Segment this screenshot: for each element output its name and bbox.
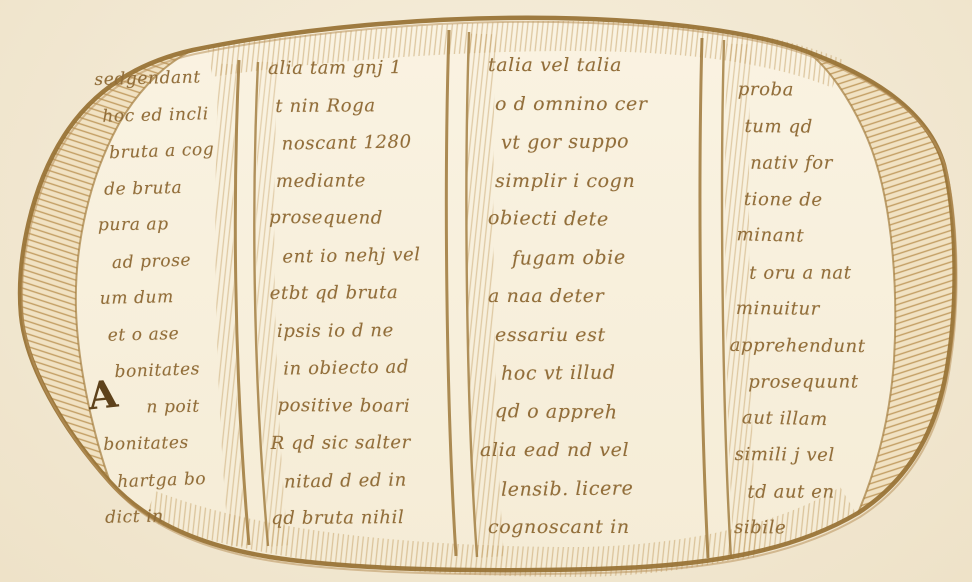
text-column-1: sedgendanthoc ed inclibruta a cogde brut… — [94, 59, 224, 536]
manuscript-text-line: talia vel talia — [488, 46, 648, 85]
manuscript-text-line: simili j vel — [734, 437, 864, 475]
initial-letter-A: A — [86, 375, 119, 416]
manuscript-text-line: bruta a cog — [109, 132, 215, 172]
manuscript-text-line: obiecti dete — [488, 199, 648, 239]
manuscript-text-line: apprehendunt — [729, 327, 865, 365]
manuscript-text-line: hoc ed incli — [102, 96, 214, 135]
manuscript-text-line: sibile — [734, 510, 864, 548]
manuscript-text-line: in obiecto ad — [283, 348, 422, 388]
manuscript-text-line: noscant 1280 — [281, 123, 420, 163]
manuscript-text-line: qd bruta nihil — [271, 499, 422, 538]
text-column-3: talia vel taliao d omnino cervt gor supp… — [488, 46, 648, 547]
manuscript-text-line: essariu est — [495, 316, 648, 355]
manuscript-text-line: minuitur — [736, 291, 866, 329]
manuscript-page: sedgendanthoc ed inclibruta a cogde brut… — [0, 0, 972, 582]
manuscript-text-line: prosequend — [269, 199, 420, 237]
manuscript-text-line: de bruta — [104, 169, 216, 208]
manuscript-text-line: um dum — [99, 278, 218, 317]
manuscript-text-line: sedgendant — [94, 59, 213, 98]
manuscript-text-line: positive boari — [277, 387, 421, 425]
manuscript-text-line: ent io nehj vel — [282, 236, 421, 276]
manuscript-text-line: mediante — [276, 161, 420, 200]
manuscript-text-line: fugam obie — [512, 238, 648, 278]
manuscript-text-line: bonitates — [114, 350, 220, 390]
manuscript-text-line: nitad d ed in — [284, 461, 423, 501]
manuscript-text-line: pura ap — [98, 206, 217, 244]
manuscript-text-line: minant — [736, 217, 867, 256]
manuscript-text-line: qd o appreh — [495, 392, 648, 432]
manuscript-text-line: nativ for — [750, 146, 867, 183]
manuscript-text-line: R qd sic salter — [271, 424, 422, 463]
manuscript-text-line: t nin Roga — [275, 86, 419, 125]
manuscript-text-line: td aut en — [747, 474, 864, 511]
manuscript-text-line: prosequunt — [748, 365, 865, 402]
manuscript-text-line: et o ase — [107, 315, 219, 354]
manuscript-text-line: ad prose — [111, 241, 217, 281]
text-column-4: probatum qdnativ fortione deminantt oru … — [734, 72, 868, 548]
manuscript-text-line: alia ead nd vel — [480, 431, 648, 470]
manuscript-text-line: alia tam gnj 1 — [268, 49, 419, 88]
manuscript-text-line: o d omnino cer — [495, 85, 648, 124]
manuscript-text-line: ipsis io d ne — [277, 311, 421, 350]
manuscript-text-line: aut illam — [742, 400, 866, 439]
manuscript-text-line: t oru a nat — [749, 255, 866, 292]
manuscript-text-line: a naa deter — [488, 277, 648, 316]
manuscript-text-line: vt gor suppo — [501, 122, 648, 162]
manuscript-text-line: etbt qd bruta — [270, 274, 421, 313]
manuscript-text-line: lensib. licere — [501, 469, 648, 509]
manuscript-text-line: dict in — [105, 497, 224, 536]
manuscript-text-line: tum qd — [744, 109, 867, 147]
manuscript-text-line: cognoscant in — [488, 508, 648, 547]
text-column-2: alia tam gnj 1t nin Roganoscant 1280medi… — [268, 49, 423, 538]
manuscript-text-line: simplir i cogn — [495, 162, 648, 201]
manuscript-text-line: tione de — [744, 182, 867, 220]
manuscript-text-line: n poit — [146, 388, 221, 425]
manuscript-text-line: hoc vt illud — [501, 353, 648, 393]
manuscript-text-line: bonitates — [103, 424, 222, 463]
manuscript-text-line: proba — [738, 72, 868, 110]
manuscript-text-line: hartga bo — [117, 460, 223, 500]
